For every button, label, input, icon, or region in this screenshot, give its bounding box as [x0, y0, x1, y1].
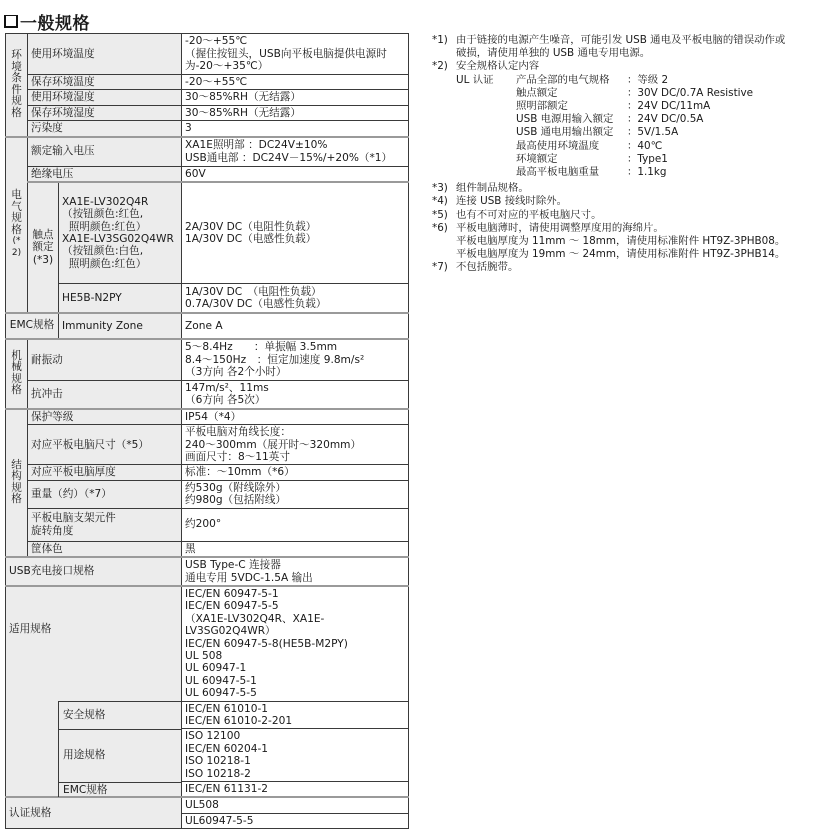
table-row: 触点额定(*3) XA1E-LV302Q4R （按钮颜色:红色, 照明颜色:红色…	[6, 182, 409, 284]
row-value: ISO 12100 IEC/EN 60204-1 ISO 10218-1 ISO…	[182, 729, 409, 782]
row-label: 重量（约）（*7）	[28, 480, 182, 508]
group-mech: 机械规格	[6, 339, 28, 409]
section-title: 一般规格	[4, 9, 90, 34]
group-elec: 电气规格(*2)	[6, 137, 28, 313]
sub-label-usage: 用途规格	[58, 729, 182, 782]
table-row: 对应平板电脑厚度 标准：～10mm（*6）	[6, 465, 409, 480]
table-row: 绝缘电压 60V	[6, 166, 409, 182]
row-value: IEC/EN 61131-2	[182, 782, 409, 798]
row-value: IP54（*4）	[182, 409, 409, 425]
table-row: 对应平板电脑尺寸（*5） 平板电脑对角线长度： 240～300mm（展开时～32…	[6, 425, 409, 465]
contact-rating-label: 触点额定(*3)	[28, 182, 59, 313]
row-label: USB充电接口规格	[6, 557, 182, 586]
row-value: 5～8.4Hz ：单振幅 3.5mm 8.4～150Hz ：恒定加速度 9.8m…	[182, 339, 409, 381]
row-value: UL508	[182, 797, 409, 813]
footnote-3: *3)组件制品规格。	[432, 182, 824, 195]
group-struct: 结构规格	[6, 409, 28, 557]
footnote-2: *2)安全规格认定内容	[432, 60, 824, 73]
table-row: 筐体色 黑	[6, 541, 409, 557]
table-row: 保存环境湿度 30～85%RH（无结露）	[6, 105, 409, 120]
footnote-5: *5)也有不可对应的平板电脑尺寸。	[432, 209, 824, 222]
row-label: 平板电脑支架元件 旋转角度	[28, 508, 182, 541]
table-row: 机械规格 耐振动 5～8.4Hz ：单振幅 3.5mm 8.4～150Hz ：恒…	[6, 339, 409, 381]
model-label: XA1E-LV302Q4R （按钮颜色:红色, 照明颜色:红色） XA1E-LV…	[59, 182, 182, 284]
row-value: XA1E照明部 ：DC24V±10% USB通电部 ：DC24V－15%/+20…	[182, 137, 409, 167]
row-label: 保存环境湿度	[28, 105, 182, 120]
row-label: 对应平板电脑尺寸（*5）	[28, 425, 182, 465]
ul-cert-list: UL 认证产品全部的电气规格：等级 2 触点额定：30V DC/0.7A Res…	[456, 74, 824, 180]
row-label: 额定输入电压	[28, 137, 182, 167]
footnote-1: *1)由于链接的电源产生噪音，可能引发 USB 通电及平板电脑的错误动作或 破损…	[432, 34, 824, 60]
row-value: USB Type-C 连接器 通电专用 5VDC-1.5A 输出	[182, 557, 409, 586]
row-label: 认证规格	[6, 797, 182, 828]
table-row: 抗冲击 147m/s²、11ms （6方向 各5次）	[6, 381, 409, 409]
row-value: Zone A	[182, 313, 409, 339]
table-row: 污染度 3	[6, 121, 409, 137]
row-value: -20～+55℃ （握住按钮头，USB向平板电脑提供电源时为-20～+35℃）	[182, 34, 409, 75]
footnote-7: *7)不包括腕带。	[432, 261, 824, 274]
row-value: 3	[182, 121, 409, 137]
row-value: 平板电脑对角线长度： 240～300mm（展开时～320mm） 画面尺寸：8～1…	[182, 425, 409, 465]
table-row: 适用规格 IEC/EN 60947-5-1 IEC/EN 60947-5-5 （…	[6, 586, 409, 701]
group-env: 环境条件规格	[6, 34, 28, 137]
row-label: Immunity Zone	[59, 313, 182, 339]
table-row: EMC规格 Immunity Zone Zone A	[6, 313, 409, 339]
table-row: USB充电接口规格 USB Type-C 连接器 通电专用 5VDC-1.5A …	[6, 557, 409, 586]
sub-label-emc: EMC规格	[58, 782, 182, 798]
row-label: 保存环境温度	[28, 75, 182, 90]
row-value: 2A/30V DC（电阻性负载） 1A/30V DC（电感性负载）	[182, 182, 409, 284]
row-label: 使用环境温度	[28, 34, 182, 75]
row-value: 147m/s²、11ms （6方向 各5次）	[182, 381, 409, 409]
row-value: IEC/EN 60947-5-1 IEC/EN 60947-5-5 （XA1E-…	[182, 586, 409, 701]
table-row: 平板电脑支架元件 旋转角度 约200°	[6, 508, 409, 541]
row-label: 污染度	[28, 121, 182, 137]
row-label: 保护等级	[28, 409, 182, 425]
row-label: 对应平板电脑厚度	[28, 465, 182, 480]
footnote-6-detail: 平板电脑厚度为 11mm ～ 18mm，请使用标准附件 HT9Z-3PHB08。…	[456, 235, 824, 261]
checkbox-bullet-icon	[4, 15, 18, 28]
row-value: 标准：～10mm（*6）	[182, 465, 409, 480]
row-value: 30～85%RH（无结露）	[182, 105, 409, 120]
table-row: 重量（约）（*7） 约530g（附线除外） 约980g（包括附线）	[6, 480, 409, 508]
group-emc: EMC规格	[6, 313, 59, 339]
row-label: 筐体色	[28, 541, 182, 557]
table-row: 环境条件规格 使用环境温度 -20～+55℃ （握住按钮头，USB向平板电脑提供…	[6, 34, 409, 75]
row-label: 绝缘电压	[28, 166, 182, 182]
row-value: 约530g（附线除外） 约980g（包括附线）	[182, 480, 409, 508]
row-label: 抗冲击	[28, 381, 182, 409]
footnotes: *1)由于链接的电源产生噪音，可能引发 USB 通电及平板电脑的错误动作或 破损…	[432, 34, 824, 275]
table-row: 结构规格 保护等级 IP54（*4）	[6, 409, 409, 425]
row-value: 黑	[182, 541, 409, 557]
footnote-4: *4)连接 USB 接线时除外。	[432, 195, 824, 208]
row-value: -20～+55℃	[182, 75, 409, 90]
table-row: 认证规格 UL508	[6, 797, 409, 813]
row-value: UL60947-5-5	[182, 813, 409, 828]
row-label: 耐振动	[28, 339, 182, 381]
table-row: HE5B-N2PY 1A/30V DC （电阻性负载） 0.7A/30V DC（…	[6, 284, 409, 314]
row-value: IEC/EN 61010-1 IEC/EN 61010-2-201	[182, 701, 409, 729]
row-value: 约200°	[182, 508, 409, 541]
table-row: 电气规格(*2) 额定输入电压 XA1E照明部 ：DC24V±10% USB通电…	[6, 137, 409, 167]
section-title-text: 一般规格	[20, 14, 90, 34]
row-value: 30～85%RH（无结露）	[182, 90, 409, 105]
table-row: 保存环境温度 -20～+55℃	[6, 75, 409, 90]
model-label: HE5B-N2PY	[59, 284, 182, 314]
cert-name: UL 认证	[456, 74, 516, 87]
row-value: 1A/30V DC （电阻性负载） 0.7A/30V DC（电感性负载）	[182, 284, 409, 314]
sub-label-safety: 安全规格	[58, 701, 182, 729]
row-value: 60V	[182, 166, 409, 182]
footnote-6: *6)平板电脑薄时，请使用调整厚度用的海绵片。	[432, 222, 824, 235]
table-row: 使用环境湿度 30～85%RH（无结露）	[6, 90, 409, 105]
row-label: 使用环境湿度	[28, 90, 182, 105]
